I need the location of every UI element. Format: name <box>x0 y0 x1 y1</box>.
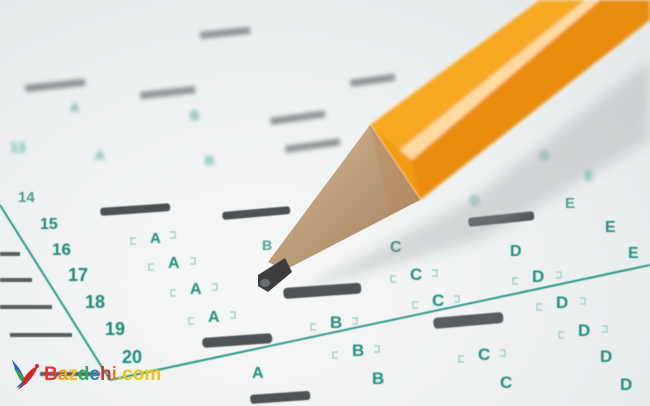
svg-text:D: D <box>540 148 549 163</box>
svg-text:E: E <box>628 245 639 262</box>
svg-text:E: E <box>605 219 616 236</box>
svg-text:B: B <box>372 369 384 388</box>
svg-text:C: C <box>410 265 422 284</box>
svg-text:C: C <box>432 291 444 310</box>
svg-text:D: D <box>510 243 522 260</box>
svg-text:13: 13 <box>10 139 26 155</box>
svg-text:19: 19 <box>105 319 125 339</box>
svg-text:B: B <box>262 237 272 253</box>
answer-sheet: 13 A A B B D E D 14 15 16 17 18 19 <box>0 0 650 406</box>
bird-logo-icon <box>10 358 42 392</box>
svg-text:16: 16 <box>52 240 71 259</box>
svg-text:C: C <box>390 239 402 256</box>
svg-text:A: A <box>252 365 264 382</box>
svg-text:A: A <box>208 309 220 326</box>
svg-text:D: D <box>600 347 612 366</box>
svg-text:E: E <box>565 195 575 212</box>
photo-scene: 13 A A B B D E D 14 15 16 17 18 19 <box>0 0 650 406</box>
svg-text:14: 14 <box>18 189 35 206</box>
svg-text:B: B <box>330 313 342 332</box>
svg-text:D: D <box>470 193 479 208</box>
svg-text:18: 18 <box>85 292 105 312</box>
svg-text:D: D <box>620 375 632 394</box>
watermark: Bazdehi.com <box>10 358 161 392</box>
svg-text:D: D <box>532 267 544 286</box>
svg-text:15: 15 <box>40 216 58 233</box>
svg-text:B: B <box>205 153 214 168</box>
watermark-text: Bazdehi.com <box>44 364 161 386</box>
svg-text:A: A <box>70 100 80 115</box>
svg-text:A: A <box>190 281 202 298</box>
svg-text:C: C <box>478 345 490 364</box>
svg-text:D: D <box>578 321 590 340</box>
svg-text:B: B <box>352 341 364 360</box>
svg-text:C: C <box>500 373 512 392</box>
svg-text:A: A <box>150 230 161 247</box>
svg-text:A: A <box>168 255 180 272</box>
svg-text:17: 17 <box>68 265 88 285</box>
svg-text:E: E <box>585 168 594 183</box>
svg-text:D: D <box>556 293 568 312</box>
svg-text:A: A <box>95 148 105 163</box>
svg-text:B: B <box>190 108 199 123</box>
